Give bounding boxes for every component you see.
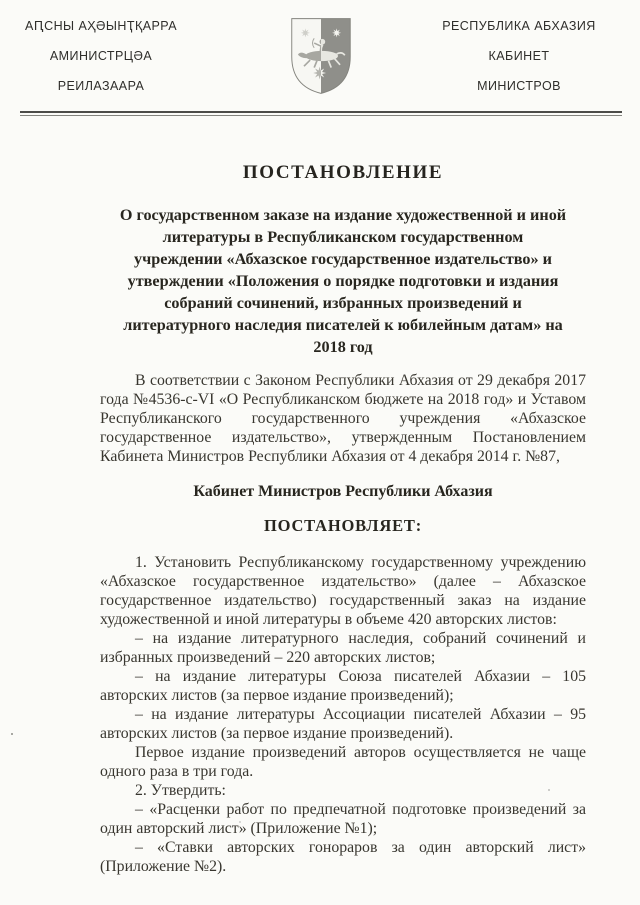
authority-line: Кабинет Министров Республики Абхазия — [100, 483, 586, 501]
decree-clause: – «Ставки авторских гонораров за один ав… — [100, 838, 586, 876]
decree-clause: 1. Установить Республиканскому государст… — [100, 553, 586, 629]
coat-of-arms — [287, 12, 355, 100]
scan-speck — [548, 789, 550, 791]
decree-clause: – «Расценки работ по предпечатной подгот… — [100, 800, 586, 838]
decree-body: ПОСТАНОВЛЕНИЕ О государственном заказе н… — [100, 162, 586, 876]
document-title: ПОСТАНОВЛЕНИЕ — [100, 162, 586, 184]
decree-clause: – на издание литературы Ассоциации писат… — [100, 705, 586, 743]
letterhead-divider-rule — [20, 111, 622, 116]
letterhead-line: АԤСНЫ АҲӘЫНҬҚАРРА — [16, 20, 186, 33]
letterhead-line: МИНИСТРОВ — [424, 80, 614, 93]
decree-clause: – на издание литературного наследия, соб… — [100, 629, 586, 667]
letterhead-line: КАБИНЕТ — [424, 50, 614, 63]
star-icon — [301, 28, 310, 37]
decree-clause: – на издание литературы Союза писателей … — [100, 667, 586, 705]
letterhead-right-block: РЕСПУБЛИКА АБХАЗИЯ КАБИНЕТ МИНИСТРОВ — [424, 20, 614, 110]
letterhead-line: РЕИЛАЗААРА — [16, 80, 186, 93]
letterhead-left-block: АԤСНЫ АҲӘЫНҬҚАРРА АМИНИСТРЦӘА РЕИЛАЗААРА — [16, 20, 186, 110]
document-subject: О государственном заказе на издание худо… — [117, 204, 569, 358]
decree-clause: Первое издание произведений авторов осущ… — [100, 743, 586, 781]
scan-speck — [239, 821, 241, 823]
resolution-heading: ПОСТАНОВЛЯЕТ: — [100, 516, 586, 536]
preamble-paragraph: В соответствии с Законом Республики Абха… — [100, 371, 586, 466]
decree-page: АԤСНЫ АҲӘЫНҬҚАРРА АМИНИСТРЦӘА РЕИЛАЗААРА — [0, 0, 640, 905]
scan-speck — [11, 733, 13, 735]
letterhead-line: АМИНИСТРЦӘА — [16, 50, 186, 63]
letterhead-line: РЕСПУБЛИКА АБХАЗИЯ — [424, 20, 614, 33]
star-icon — [332, 28, 341, 37]
abkhazia-emblem-icon — [287, 12, 355, 100]
decree-clause: 2. Утвердить: — [100, 781, 586, 800]
